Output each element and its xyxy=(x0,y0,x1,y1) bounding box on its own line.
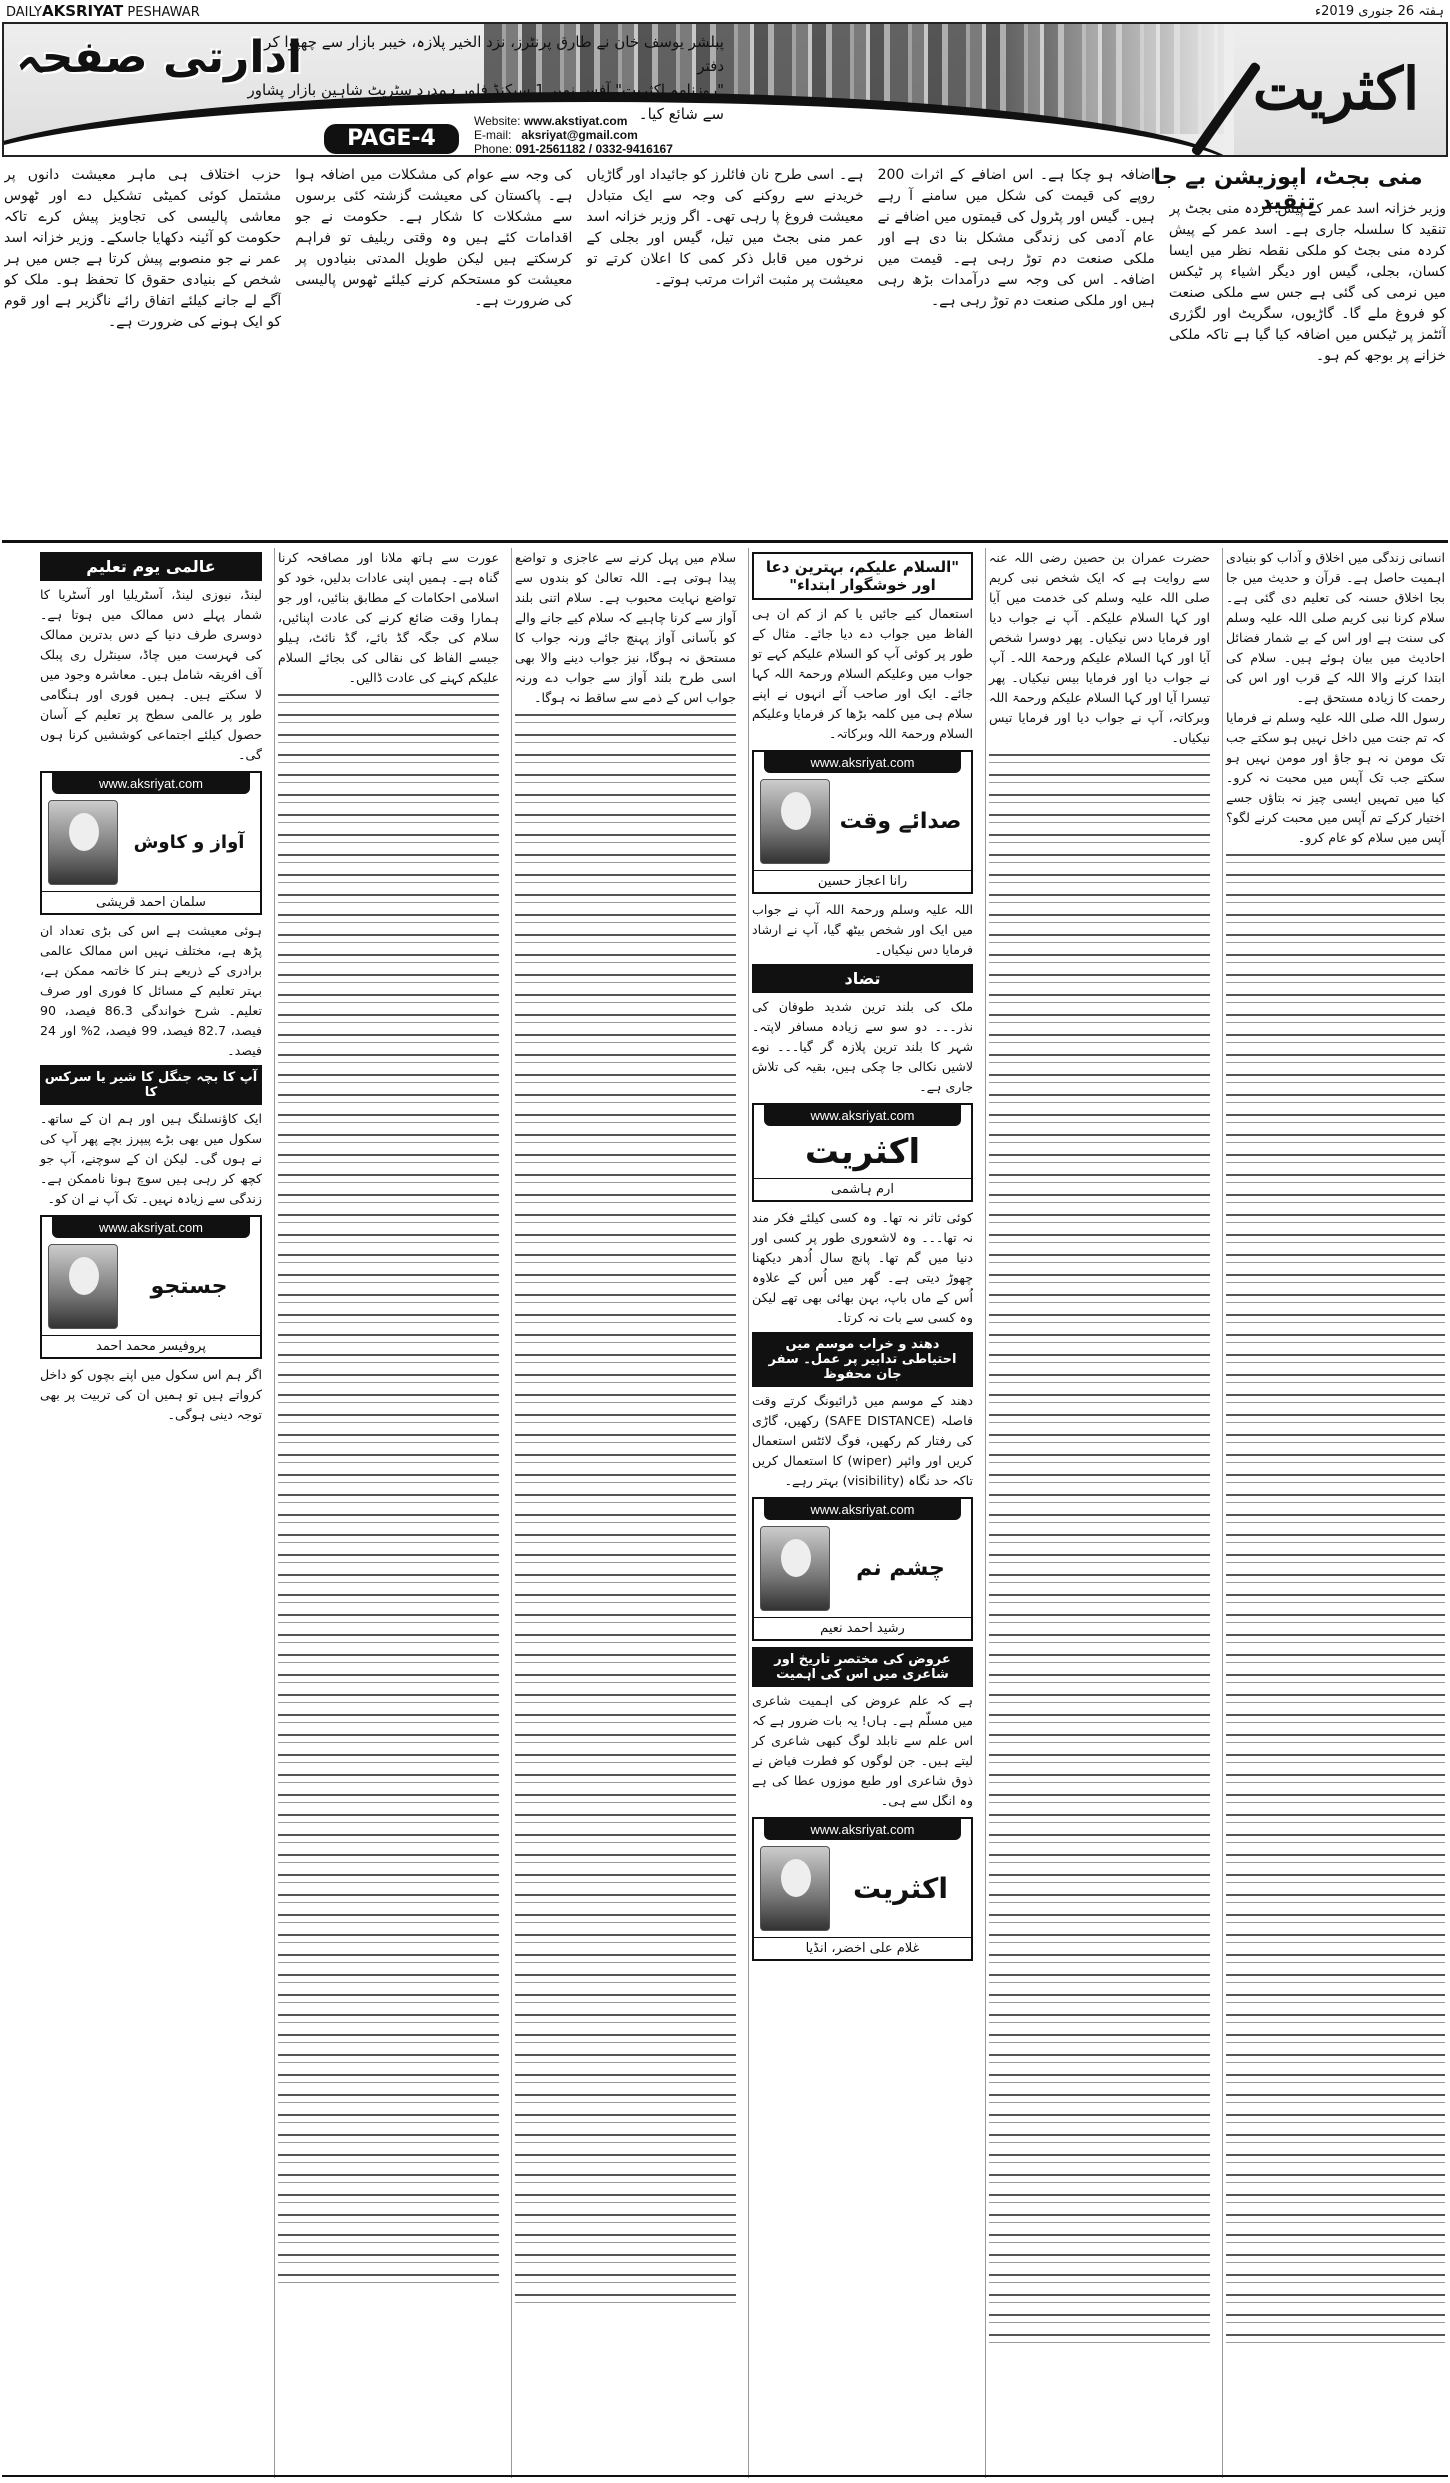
article-text: کوئی تاثر نہ تھا۔ وہ کسی کیلئے فکر مند ن… xyxy=(752,1208,973,1328)
article-heading: دھند و خراب موسم میں احتیاطی تدابیر پر ع… xyxy=(752,1332,973,1387)
publisher-line-1: پبلشر یوسف خان نے طارق پرنٹرز، نزد الخیر… xyxy=(244,30,724,78)
article-text: ملک کی بلند ترین شدید طوفان کی نذر۔۔۔ دو… xyxy=(752,997,973,1097)
issue-date: ہفتہ 26 جنوری 2019ء xyxy=(1315,4,1444,19)
columnist-byline: www.aksriyat.com جستجو پروفیسر محمد احمد xyxy=(40,1215,262,1359)
author-name: رانا اعجاز حسین xyxy=(754,870,971,892)
website-link[interactable]: www.akstiyat.com xyxy=(524,114,628,128)
article-text: حضرت عمران بن حصین رضی اللہ عنہ سے روایت… xyxy=(989,548,1210,748)
column-6: عالمی یوم تعلیم لینڈ، نیوزی لینڈ، آسٹریل… xyxy=(37,548,265,2478)
columnist-byline: www.aksriyat.com اکثریت ارم ہاشمی xyxy=(752,1103,973,1202)
author-photo xyxy=(48,1244,118,1329)
editorial-column: ہے۔ اسی طرح نان فائلرز کو جائیداد اور گا… xyxy=(586,165,863,535)
article-text: اللہ علیہ وسلم ورحمۃ اللہ آپ نے جواب میں… xyxy=(752,900,973,960)
article-heading: آپ کا بچہ جنگل کا شیر یا سرکس کا xyxy=(40,1065,262,1105)
brand-suffix: PESHAWAR xyxy=(127,5,199,20)
phone-number: 091-2561182 / 0332-9416167 xyxy=(515,142,672,156)
website-tag: www.aksriyat.com xyxy=(764,1499,961,1520)
author-photo xyxy=(760,1526,830,1611)
article-heading: "السلام علیکم، بہترین دعا اور خوشگوار اب… xyxy=(752,552,973,600)
editorial-column: حزب اختلاف ہی ماہر معیشت دانوں پر مشتمل … xyxy=(4,165,281,535)
contact-info: Website: www.akstiyat.com E-mail: aksriy… xyxy=(474,114,673,156)
brand-name: AKSRIYAT xyxy=(42,2,123,20)
column-name: آواز و کاوش xyxy=(124,832,254,853)
columnist-byline: www.aksriyat.com صدائے وقت رانا اعجاز حس… xyxy=(752,750,973,894)
website-tag: www.aksriyat.com xyxy=(52,1217,250,1238)
website-tag: www.aksriyat.com xyxy=(764,1105,961,1126)
editorial-body: وزیر خزانہ اسد عمر کے پیش کردہ منی بجٹ پ… xyxy=(4,165,1446,535)
column-name: اکثریت xyxy=(836,1872,965,1905)
brand-line: DAILYAKSRIYAT PESHAWAR xyxy=(6,2,200,20)
article-text: استعمال کیے جائیں یا کم از کم ان ہی الفا… xyxy=(752,604,973,744)
article-text: لینڈ، نیوزی لینڈ، آسٹریلیا اور آسٹریا کا… xyxy=(40,585,262,765)
section-divider xyxy=(2,540,1448,543)
column-name: صدائے وقت xyxy=(836,809,965,834)
website-tag: www.aksriyat.com xyxy=(764,1819,961,1840)
author-name: سلمان احمد قریشی xyxy=(42,891,260,913)
article-text: انسانی زندگی میں اخلاق و آداب کو بنیادی … xyxy=(1226,548,1445,708)
columnist-byline: www.aksriyat.com اکثریت غلام علی اخضر، ا… xyxy=(752,1817,973,1961)
article-text: دھند کے موسم میں ڈرائیونگ کرتے وقت فاصلہ… xyxy=(752,1391,973,1491)
article-text: اگر ہم اس سکول میں اپنے بچوں کو داخل کرو… xyxy=(40,1365,262,1425)
column-name: چشم نم xyxy=(836,1556,965,1581)
columns-area: انسانی زندگی میں اخلاق و آداب کو بنیادی … xyxy=(2,548,1448,2478)
website-label: Website: xyxy=(474,114,520,128)
article-text-continued xyxy=(1226,848,1445,2348)
column-4: سلام میں پہل کرنے سے عاجزی و تواضع پیدا … xyxy=(511,548,739,2478)
editorial-column: وزیر خزانہ اسد عمر کے پیش کردہ منی بجٹ پ… xyxy=(1169,165,1446,535)
column-1: انسانی زندگی میں اخلاق و آداب کو بنیادی … xyxy=(1222,548,1448,2478)
email-link[interactable]: aksriyat@gmail.com xyxy=(521,128,637,142)
column-3: عورت سے ہاتھ ملانا اور مصافحہ کرنا گناہ … xyxy=(274,548,502,2478)
brand-prefix: DAILY xyxy=(6,5,42,20)
article-text-continued xyxy=(989,748,1210,2348)
column-name: اکثریت xyxy=(760,1132,965,1172)
author-name: غلام علی اخضر، انڈیا xyxy=(754,1937,971,1959)
article-text: عورت سے ہاتھ ملانا اور مصافحہ کرنا گناہ … xyxy=(278,548,499,688)
email-label: E-mail: xyxy=(474,128,511,142)
author-name: ارم ہاشمی xyxy=(754,1178,971,1200)
article-text: ہے کہ علم عروض کی اہمیت شاعری میں مسلّم … xyxy=(752,1691,973,1811)
columnist-byline: www.aksriyat.com آواز و کاوش سلمان احمد … xyxy=(40,771,262,915)
author-photo xyxy=(760,779,830,864)
article-heading: عروض کی مختصر تاریخ اور شاعری میں اس کی … xyxy=(752,1647,973,1687)
top-banner: DAILYAKSRIYAT PESHAWAR ہفتہ 26 جنوری 201… xyxy=(0,0,1450,22)
column-2: حضرت عمران بن حصین رضی اللہ عنہ سے روایت… xyxy=(985,548,1213,2478)
article-text: ہوئی معیشت ہے اس کی بڑی تعداد ان پڑھ ہے،… xyxy=(40,921,262,1061)
editorial-column: اضافہ ہو چکا ہے۔ اس اضافے کے اثرات 200 ر… xyxy=(878,165,1155,535)
masthead: ادارتی صفحہ پبلشر یوسف خان نے طارق پرنٹر… xyxy=(2,22,1448,157)
article-text: رسول اللہ صلی اللہ علیہ وسلم نے فرمایا ک… xyxy=(1226,708,1445,848)
author-photo xyxy=(760,1846,830,1931)
author-name: رشید احمد نعیم xyxy=(754,1617,971,1639)
phone-label: Phone: xyxy=(474,142,512,156)
author-name: پروفیسر محمد احمد xyxy=(42,1335,260,1357)
columnist-byline: www.aksriyat.com چشم نم رشید احمد نعیم xyxy=(752,1497,973,1641)
column-5: "السلام علیکم، بہترین دعا اور خوشگوار اب… xyxy=(748,548,976,2478)
article-text: سلام میں پہل کرنے سے عاجزی و تواضع پیدا … xyxy=(515,548,736,708)
page-badge: PAGE-4 xyxy=(324,124,459,154)
article-text: ایک کاؤنسلنگ ہیں اور ہم ان کے ساتھ۔ سکول… xyxy=(40,1109,262,1209)
website-tag: www.aksriyat.com xyxy=(52,773,250,794)
article-heading: عالمی یوم تعلیم xyxy=(40,552,262,581)
publisher-info: پبلشر یوسف خان نے طارق پرنٹرز، نزد الخیر… xyxy=(244,30,724,126)
bottom-divider xyxy=(2,2475,1448,2477)
website-tag: www.aksriyat.com xyxy=(764,752,961,773)
column-name: جستجو xyxy=(124,1274,254,1299)
editorial-column: کی وجہ سے عوام کی مشکلات میں اضافہ ہوا ہ… xyxy=(295,165,572,535)
article-text-continued xyxy=(515,708,736,2308)
newspaper-logo: اکثریت xyxy=(1246,34,1426,144)
article-heading: تضاد xyxy=(752,964,973,993)
article-text-continued xyxy=(278,688,499,2288)
author-photo xyxy=(48,800,118,885)
